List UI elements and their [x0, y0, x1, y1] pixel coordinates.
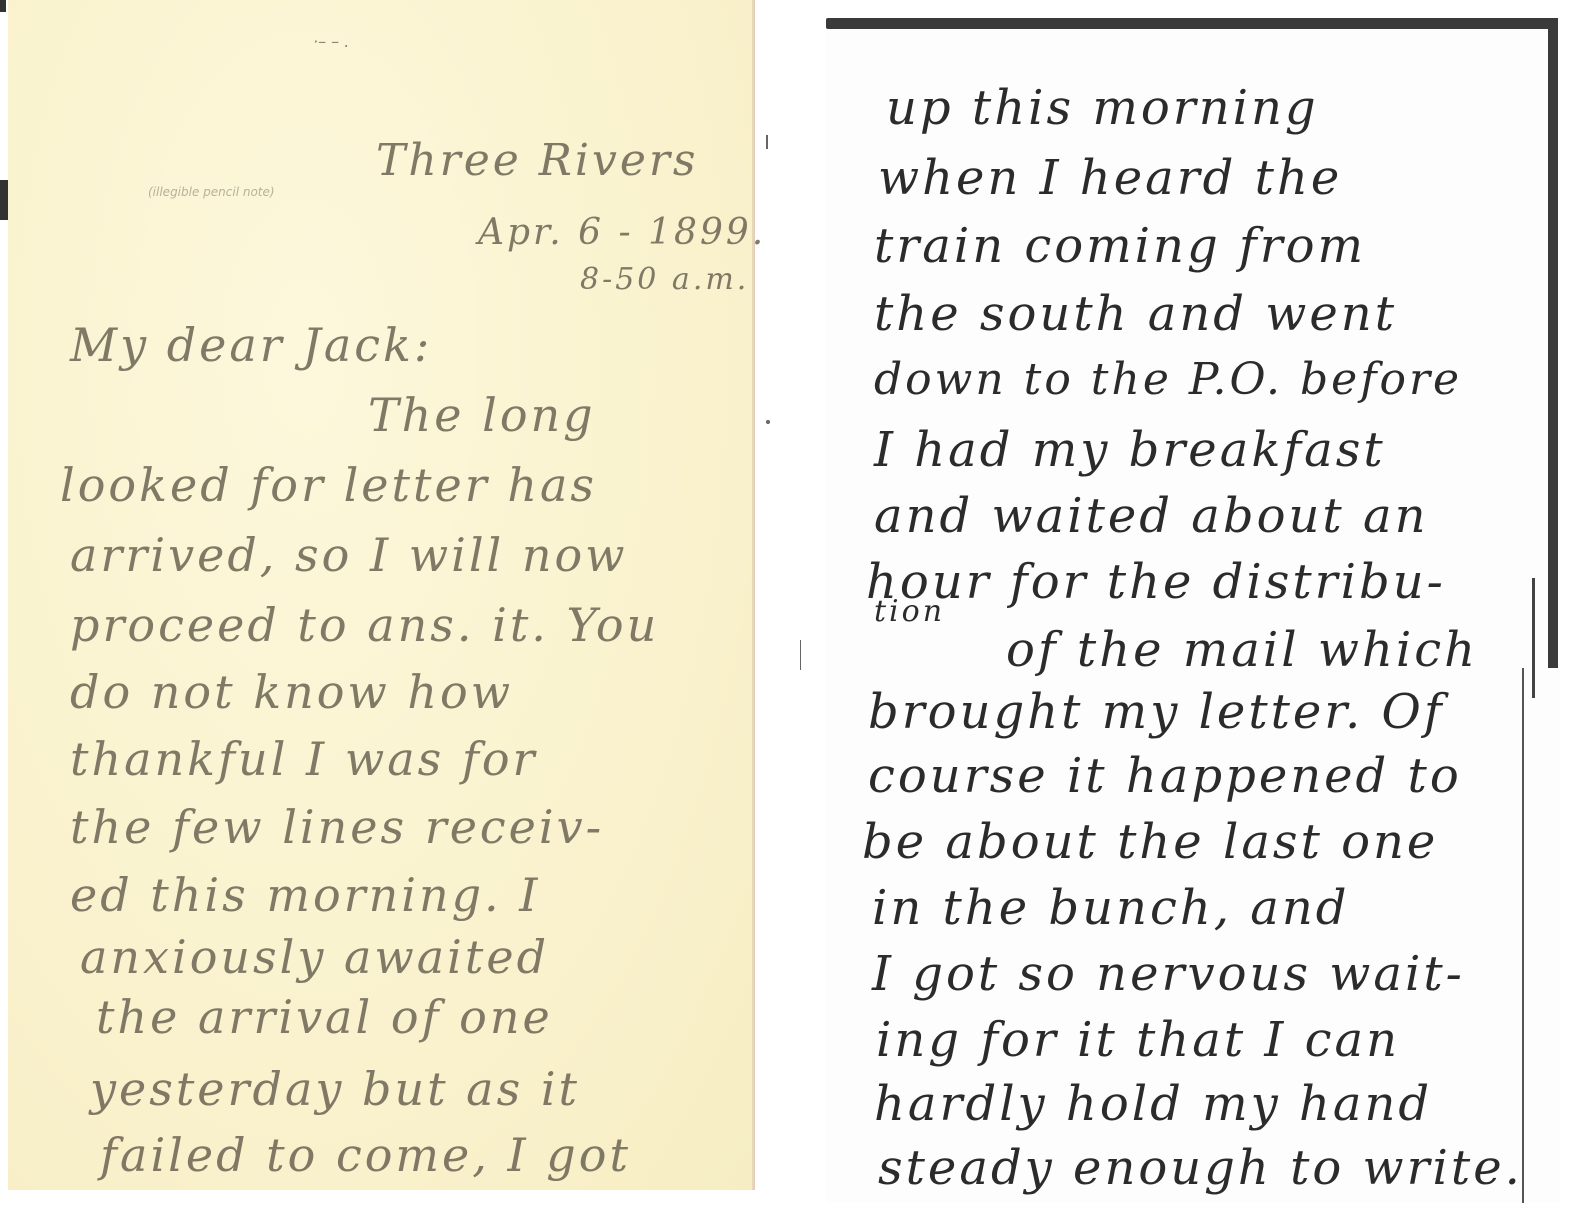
- letter-line: course it happened to: [868, 748, 1462, 804]
- letter-line: the arrival of one: [96, 990, 553, 1044]
- gutter-mark: [766, 420, 770, 424]
- letter-place: Three Rivers: [376, 135, 699, 186]
- letter-line: tion: [874, 594, 945, 629]
- letter-line: proceed to ans. it. You: [70, 598, 659, 652]
- letter-line: down to the P.O. before: [874, 354, 1462, 405]
- letter-time: 8-50 a.m.: [580, 262, 749, 297]
- letter-line: when I heard the: [878, 150, 1342, 206]
- letter-line: and waited about an: [874, 488, 1428, 544]
- letter-line: yesterday but as it: [90, 1062, 580, 1116]
- letter-line: the south and went: [874, 286, 1397, 342]
- letter-line: looked for letter has: [60, 458, 597, 512]
- letter-page-2: up this morning when I heard the train c…: [826, 18, 1560, 1203]
- letter-line: thankful I was for: [70, 732, 538, 786]
- letter-line: ing for it that I can: [876, 1012, 1400, 1068]
- letter-date: Apr. 6 - 1899.: [478, 212, 766, 253]
- copy-border-right: [1532, 578, 1535, 698]
- letter-line: of the mail which: [1006, 622, 1478, 678]
- letter-line: hour for the distribu-: [866, 554, 1446, 610]
- letter-line: hardly hold my hand: [874, 1076, 1432, 1132]
- copy-border-right: [1548, 18, 1558, 668]
- copy-border-right: [1522, 668, 1524, 1203]
- letter-line: ed this morning. I: [70, 868, 540, 922]
- letter-line: up this morning: [886, 80, 1319, 136]
- letter-line: failed to come, I got: [100, 1128, 631, 1182]
- letter-line: arrived, so I will now: [70, 528, 628, 582]
- letter-line: the few lines receiv-: [70, 800, 604, 854]
- letter-line: steady enough to write.: [878, 1140, 1523, 1196]
- letter-line: be about the last one: [862, 814, 1438, 870]
- letter-page-1: ·– – . (illegible pencil note) Three Riv…: [8, 0, 754, 1190]
- copy-border-top: [826, 18, 1556, 29]
- gutter-mark: [766, 135, 768, 149]
- scan-edge-artifact: [0, 0, 6, 12]
- scan-edge-artifact: [0, 180, 8, 220]
- letter-line: I had my breakfast: [874, 422, 1386, 478]
- letter-salutation: My dear Jack:: [70, 318, 432, 372]
- letter-line: The long: [368, 388, 596, 442]
- letter-line: in the bunch, and: [872, 880, 1350, 936]
- letter-line: anxiously awaited: [80, 930, 549, 984]
- letter-line: train coming from: [874, 218, 1366, 274]
- top-pencil-marks: ·– – .: [313, 32, 349, 51]
- letter-line: do not know how: [70, 665, 513, 719]
- letter-line: brought my letter. Of: [868, 684, 1445, 740]
- faint-pencil-note: (illegible pencil note): [148, 185, 275, 199]
- gutter-mark: [800, 640, 801, 670]
- letter-line: I got so nervous wait-: [872, 946, 1465, 1002]
